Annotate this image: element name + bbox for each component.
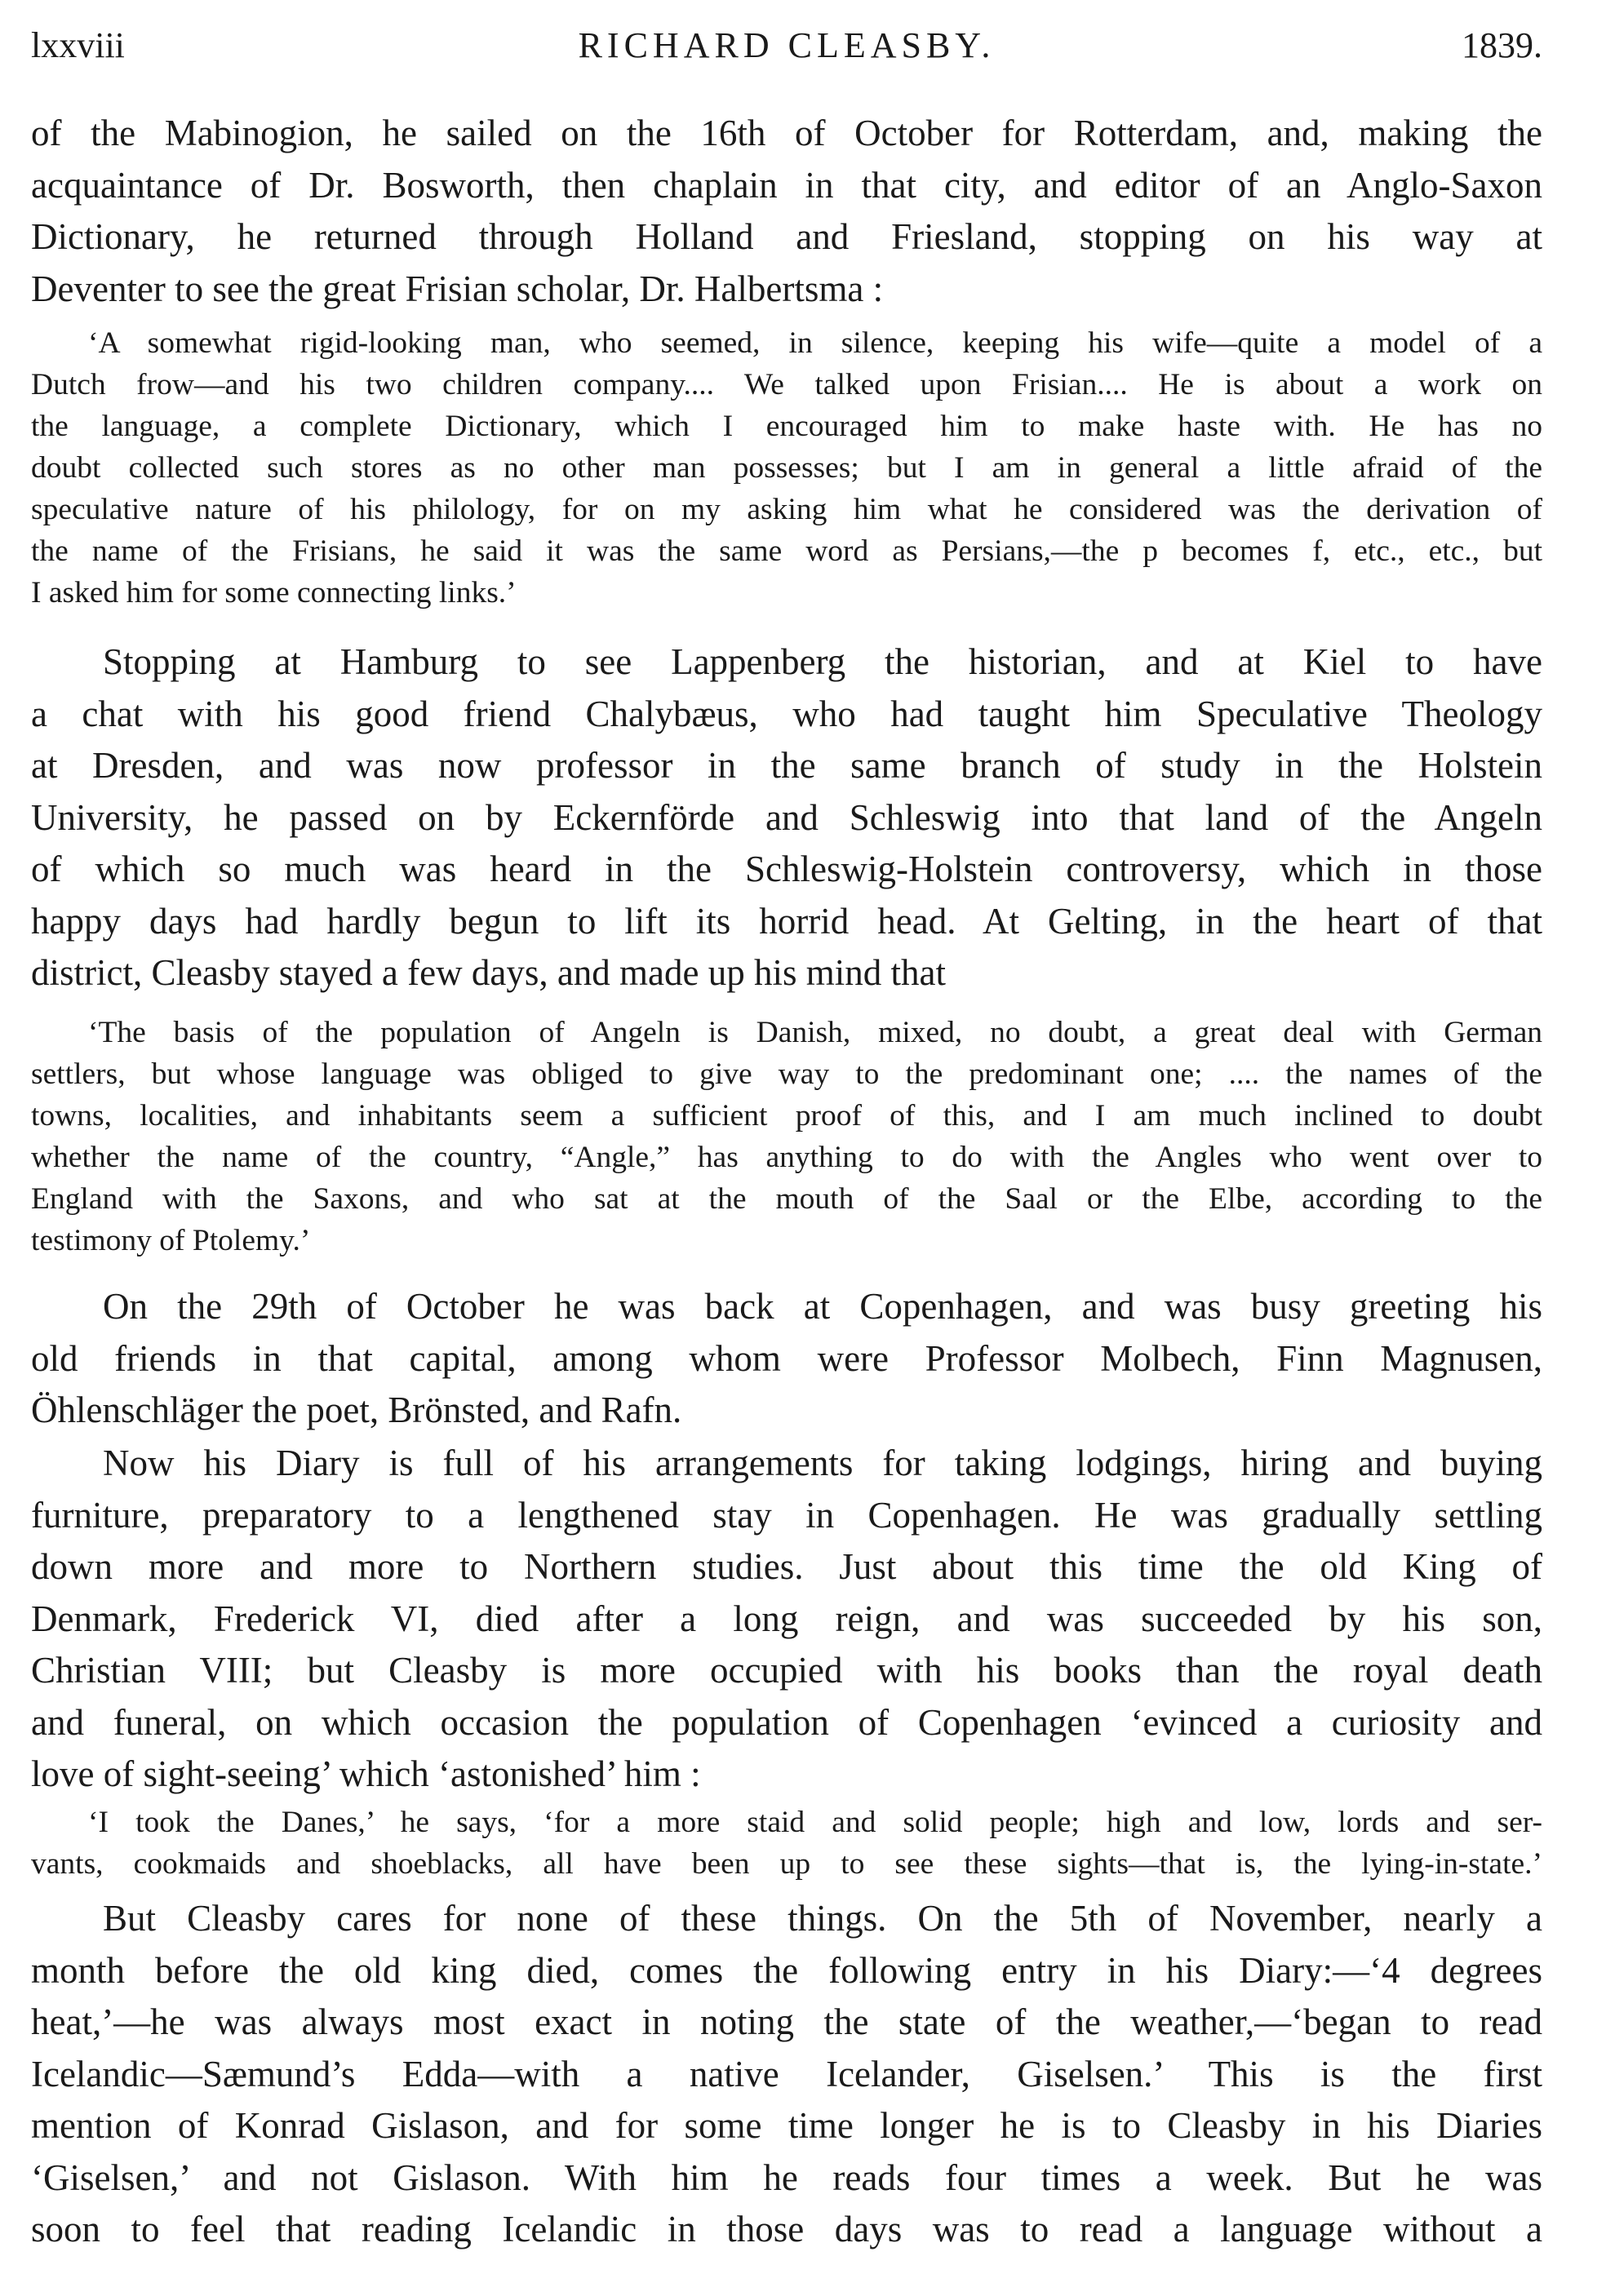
text-line: testimony of Ptolemy.’	[31, 1220, 1542, 1261]
text-line: happy days had hardly begun to lift its …	[31, 896, 1542, 948]
text-line: at Dresden, and was now professor in the…	[31, 740, 1542, 792]
text-line: Dictionary, he returned through Holland …	[31, 211, 1542, 264]
running-header: lxxviii RICHARD CLEASBY. 1839.	[31, 24, 1542, 73]
text-line: whether the name of the country, “Angle,…	[31, 1137, 1542, 1178]
text-line: I asked him for some connecting links.’	[31, 572, 1542, 614]
text-line: ‘Giselsen,’ and not Gislason. With him h…	[31, 2152, 1542, 2205]
block-quote-angeln: ‘The basis of the population of Angeln i…	[31, 1012, 1542, 1261]
text-line: mention of Konrad Gislason, and for some…	[31, 2100, 1542, 2152]
block-quote-danes: ‘I took the Danes,’ he says, ‘for a more…	[31, 1802, 1542, 1885]
text-line: heat,’—he was always most exact in notin…	[31, 1997, 1542, 2049]
text-line: a chat with his good friend Chalybæus, w…	[31, 689, 1542, 741]
paragraph-diary: Now his Diary is full of his arrangement…	[31, 1438, 1542, 1801]
text-line: Icelandic—Sæmund’s Edda—with a native Ic…	[31, 2049, 1542, 2101]
paragraph-hamburg: Stopping at Hamburg to see Lappenberg th…	[31, 636, 1542, 1000]
text-line: ‘I took the Danes,’ he says, ‘for a more…	[31, 1802, 1542, 1843]
text-line: doubt collected such stores as no other …	[31, 447, 1542, 489]
text-line: Dutch frow—and his two children company.…	[31, 364, 1542, 406]
text-line: Öhlenschläger the poet, Brönsted, and Ra…	[31, 1385, 1542, 1437]
text-line: district, Cleasby stayed a few days, and…	[31, 947, 1542, 1000]
text-line: the language, a complete Dictionary, whi…	[31, 406, 1542, 447]
text-line: speculative nature of his philology, for…	[31, 489, 1542, 530]
text-line: furniture, preparatory to a lengthened s…	[31, 1490, 1542, 1542]
text-line: of the Mabinogion, he sailed on the 16th…	[31, 108, 1542, 160]
text-line: Christian VIII; but Cleasby is more occu…	[31, 1645, 1542, 1697]
text-line: vants, cookmaids and shoeblacks, all hav…	[31, 1843, 1542, 1885]
text-line: On the 29th of October he was back at Co…	[31, 1281, 1542, 1333]
header-year: 1839.	[1462, 24, 1542, 66]
text-line: love of sight-seeing’ which ‘astonished’…	[31, 1749, 1542, 1801]
text-line: University, he passed on by Eckernförde …	[31, 792, 1542, 844]
text-line: of which so much was heard in the Schles…	[31, 844, 1542, 896]
block-quote-halbertsma: ‘A somewhat rigid-looking man, who seeme…	[31, 322, 1542, 614]
text-line: England with the Saxons, and who sat at …	[31, 1178, 1542, 1220]
paragraph-copenhagen: On the 29th of October he was back at Co…	[31, 1281, 1542, 1437]
paragraph-icelandic: But Cleasby cares for none of these thin…	[31, 1893, 1542, 2256]
text-line: settlers, but whose language was obliged…	[31, 1053, 1542, 1095]
text-line: Deventer to see the great Frisian schola…	[31, 264, 1542, 316]
text-line: Now his Diary is full of his arrangement…	[31, 1438, 1542, 1490]
text-line: and funeral, on which occasion the popul…	[31, 1697, 1542, 1749]
text-line: ‘The basis of the population of Angeln i…	[31, 1012, 1542, 1053]
text-line: towns, localities, and inhabitants seem …	[31, 1095, 1542, 1137]
text-line: Denmark, Frederick VI, died after a long…	[31, 1593, 1542, 1646]
running-title: RICHARD CLEASBY.	[31, 24, 1542, 66]
text-line: But Cleasby cares for none of these thin…	[31, 1893, 1542, 1945]
text-line: old friends in that capital, among whom …	[31, 1333, 1542, 1385]
text-line: Stopping at Hamburg to see Lappenberg th…	[31, 636, 1542, 689]
paragraph-continuation: of the Mabinogion, he sailed on the 16th…	[31, 108, 1542, 315]
text-line: the name of the Frisians, he said it was…	[31, 530, 1542, 572]
text-line: soon to feel that reading Icelandic in t…	[31, 2204, 1542, 2256]
text-line: acquaintance of Dr. Bosworth, then chapl…	[31, 160, 1542, 212]
text-line: down more and more to Northern studies. …	[31, 1541, 1542, 1593]
text-line: month before the old king died, comes th…	[31, 1945, 1542, 1997]
text-line: ‘A somewhat rigid-looking man, who seeme…	[31, 322, 1542, 364]
